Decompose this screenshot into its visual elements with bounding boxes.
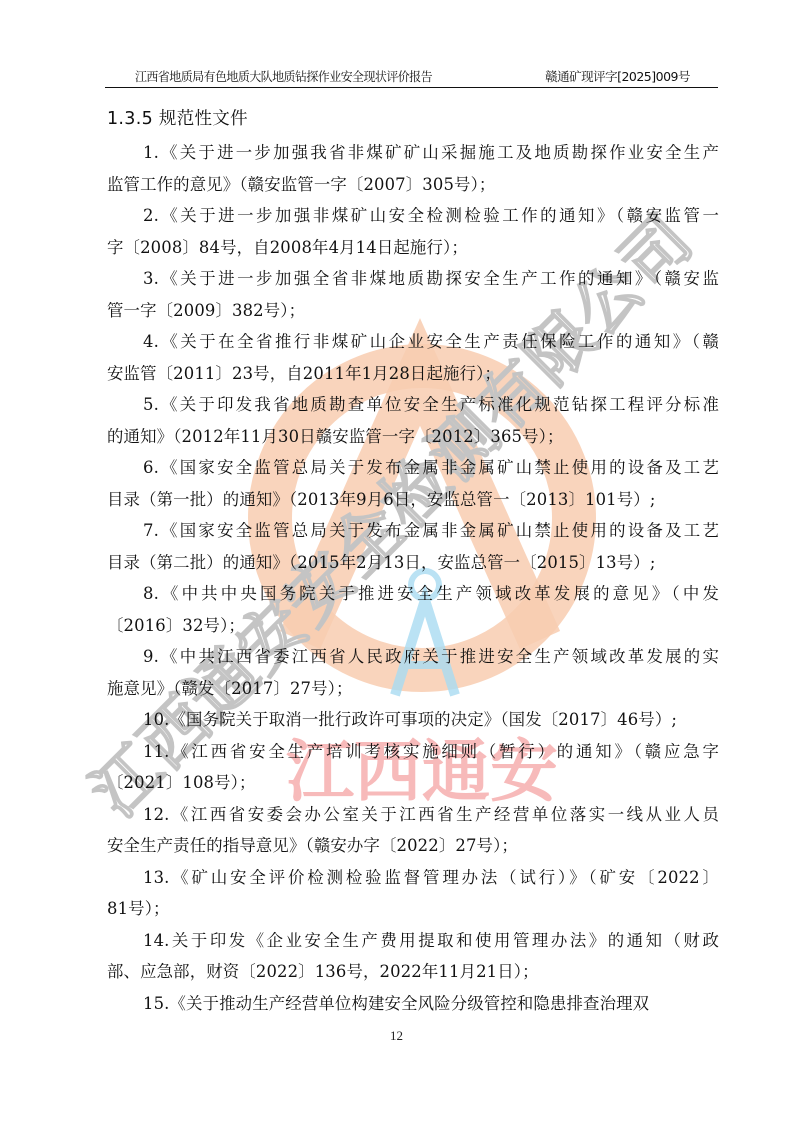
list-item-first-line: 3.《关于进一步加强全省非煤地质勘探安全生产工作的通知》（赣安监 [107,263,719,295]
document-content: 江西省地质局有色地质大队地质钻探作业安全现状评价报告 赣通矿现评字[2025]0… [0,0,793,1122]
running-header: 江西省地质局有色地质大队地质钻探作业安全现状评价报告 赣通矿现评字[2025]0… [105,66,718,88]
list-item: 8.《中共中央国务院关于推进安全生产领域改革发展的意见》（中发〔2016〕32号… [107,578,719,641]
list-item-first-line: 11.《江西省安全生产培训考核实施细则（暂行）的通知》（赣应急字 [107,736,719,768]
list-item-continuation-line: 管一字〔2009〕382号）； [107,295,719,327]
list-item: 2.《关于进一步加强非煤矿山安全检测检验工作的通知》（赣安监管一字〔2008〕8… [107,200,719,263]
list-item: 14.关于印发《企业安全生产费用提取和使用管理办法》的通知（财政部、应急部，财资… [107,925,719,988]
list-item: 10.《国务院关于取消一批行政许可事项的决定》（国发〔2017〕46号）; [107,704,719,736]
list-item: 3.《关于进一步加强全省非煤地质勘探安全生产工作的通知》（赣安监管一字〔2009… [107,263,719,326]
list-item-first-line: 5.《关于印发我省地质勘查单位安全生产标准化规范钻探工程评分标准 [107,389,719,421]
list-item-first-line: 14.关于印发《企业安全生产费用提取和使用管理办法》的通知（财政 [107,925,719,957]
list-item-first-line: 6.《国家安全监管总局关于发布金属非金属矿山禁止使用的设备及工艺 [107,452,719,484]
list-item-continuation-line: 施意见》（赣发〔2017〕27号）； [107,673,719,705]
list-item: 12.《江西省安委会办公室关于江西省生产经营单位落实一线从业人员安全生产责任的指… [107,799,719,862]
list-item: 11.《江西省安全生产培训考核实施细则（暂行）的通知》（赣应急字〔2021〕10… [107,736,719,799]
list-item-continuation-line: 安全生产责任的指导意见》（赣安办字〔2022〕27号）； [107,830,719,862]
list-item-first-line: 12.《江西省安委会办公室关于江西省生产经营单位落实一线从业人员 [107,799,719,831]
list-item-first-line: 7.《国家安全监管总局关于发布金属非金属矿山禁止使用的设备及工艺 [107,515,719,547]
list-item-first-line: 9.《中共江西省委江西省人民政府关于推进安全生产领域改革发展的实 [107,641,719,673]
list-item: 13.《矿山安全评价检测检验监督管理办法（试行）》（矿安〔2022〕81号）； [107,862,719,925]
list-item: 5.《关于印发我省地质勘查单位安全生产标准化规范钻探工程评分标准的通知》（201… [107,389,719,452]
list-item-continuation-line: 监管工作的意见》（赣安监管一字〔2007〕305号）； [107,169,719,201]
section-heading: 1.3.5 规范性文件 [107,105,248,130]
list-item: 6.《国家安全监管总局关于发布金属非金属矿山禁止使用的设备及工艺目录（第一批）的… [107,452,719,515]
list-item: 7.《国家安全监管总局关于发布金属非金属矿山禁止使用的设备及工艺目录（第二批）的… [107,515,719,578]
list-item-first-line: 8.《中共中央国务院关于推进安全生产领域改革发展的意见》（中发 [107,578,719,610]
list-item-continuation-line: 〔2021〕108号）； [107,767,719,799]
report-title: 江西省地质局有色地质大队地质钻探作业安全现状评价报告 [135,67,432,85]
list-item: 4.《关于在全省推行非煤矿山企业安全生产责任保险工作的通知》（赣安监管〔2011… [107,326,719,389]
document-page: 江西通安 江西通安安全检测有限公司 江西省地质局有色地质大队地质钻探作业安全现状… [0,0,793,1122]
list-item: 9.《中共江西省委江西省人民政府关于推进安全生产领域改革发展的实施意见》（赣发〔… [107,641,719,704]
list-item-continuation-line: 目录（第二批）的通知》（2015年2月13日，安监总管一〔2015〕13号）; [107,547,719,579]
list-item-first-line: 15.《关于推动生产经营单位构建安全风险分级管控和隐患排查治理双 [107,988,719,1020]
list-item: 1.《关于进一步加强我省非煤矿矿山采掘施工及地质勘探作业安全生产监管工作的意见》… [107,137,719,200]
list-item-continuation-line: 81号）； [107,893,719,925]
list-item-continuation-line: 〔2016〕32号）； [107,610,719,642]
list-item-first-line: 13.《矿山安全评价检测检验监督管理办法（试行）》（矿安〔2022〕 [107,862,719,894]
list-item-first-line: 4.《关于在全省推行非煤矿山企业安全生产责任保险工作的通知》（赣 [107,326,719,358]
list-item-first-line: 1.《关于进一步加强我省非煤矿矿山采掘施工及地质勘探作业安全生产 [107,137,719,169]
list-item-continuation-line: 字〔2008〕84号，自2008年4月14日起施行）； [107,232,719,264]
report-number: 赣通矿现评字[2025]009号 [545,67,690,85]
list-item-first-line: 10.《国务院关于取消一批行政许可事项的决定》（国发〔2017〕46号）; [107,704,719,736]
list-item-continuation-line: 部、应急部，财资〔2022〕136号，2022年11月21日）； [107,956,719,988]
page-number: 12 [0,1028,793,1044]
list-item-continuation-line: 目录（第一批）的通知》（2013年9月6日，安监总管一〔2013〕101号）; [107,484,719,516]
list-item-continuation-line: 的通知》（2012年11月30日赣安监管一字〔2012〕365号）； [107,421,719,453]
list-item: 15.《关于推动生产经营单位构建安全风险分级管控和隐患排查治理双 [107,988,719,1020]
regulation-list: 1.《关于进一步加强我省非煤矿矿山采掘施工及地质勘探作业安全生产监管工作的意见》… [107,137,719,1019]
list-item-continuation-line: 安监管〔2011〕23号，自2011年1月28日起施行）； [107,358,719,390]
list-item-first-line: 2.《关于进一步加强非煤矿山安全检测检验工作的通知》（赣安监管一 [107,200,719,232]
